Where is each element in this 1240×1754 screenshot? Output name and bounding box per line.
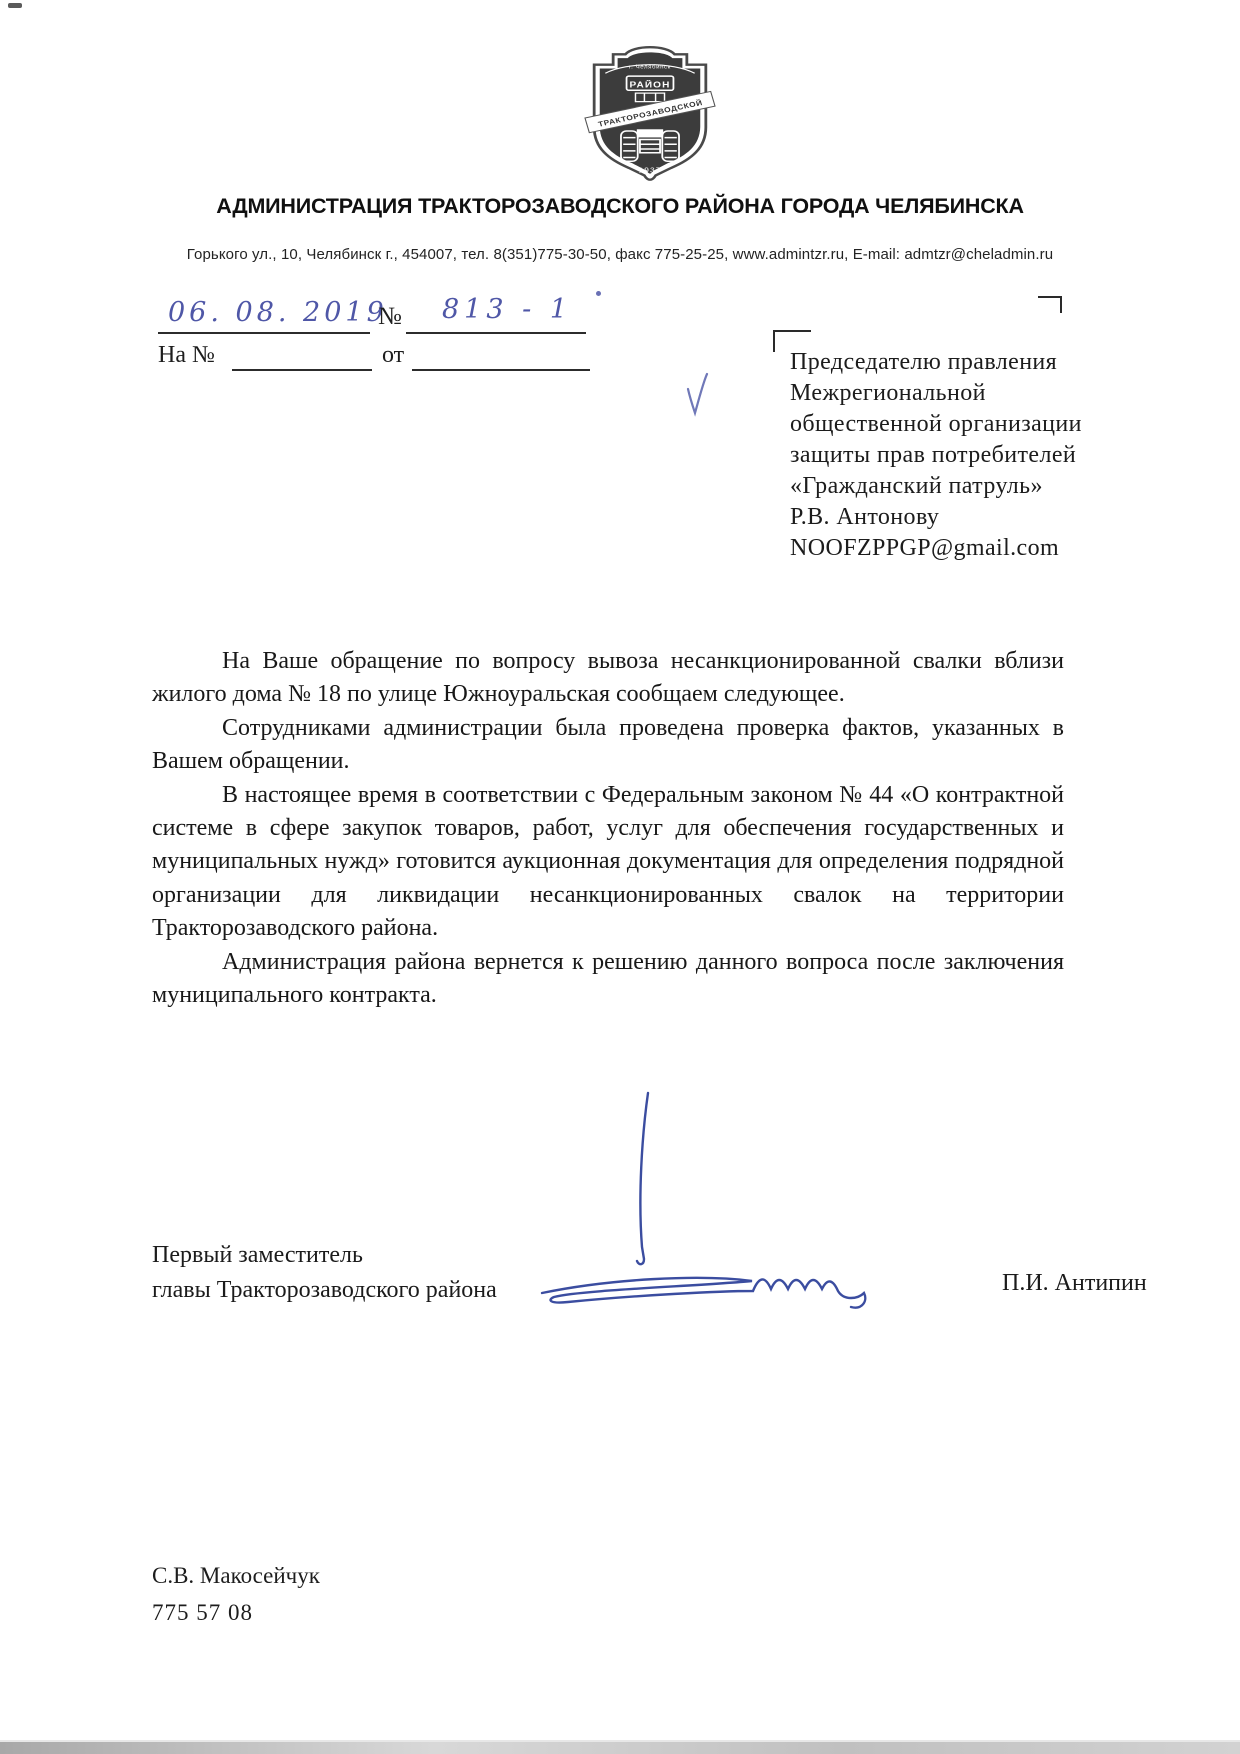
pen-checkmark [685,371,711,424]
district-emblem: г. Челябинск РАЙОН ТРАКТОРОЗАВОДСКОЙ 193… [583,42,717,184]
incoming-number-label: На № [158,342,215,369]
recipient-block: Председателю правления Межрегиональной о… [790,347,1102,564]
letter-page: г. Челябинск РАЙОН ТРАКТОРОЗАВОДСКОЙ 193… [0,0,1240,1754]
letter-body: На Ваше обращение по вопросу вывоза неса… [152,645,1064,1012]
org-title: АДМИНИСТРАЦИЯ ТРАКТОРОЗАВОДСКОГО РАЙОНА … [0,194,1240,219]
outgoing-number-handwritten: 813 - 1 [442,294,572,325]
recipient-line: «Гражданский патруль» [790,471,1102,502]
recipient-email: NOOFZPPGP@gmail.com [790,533,1102,564]
incoming-number-blank-line [232,369,372,371]
body-paragraph-2: Сотрудниками администрации была проведен… [152,712,1064,779]
date-blank-line [158,332,370,334]
signer-position: Первый заместитель главы Тракторозаводск… [152,1238,497,1308]
address-zone-corner-right [1038,296,1062,313]
emblem-year-text: 1937 [638,166,661,174]
scan-speck [8,3,22,8]
signer-name: П.И. Антипин [1002,1270,1147,1297]
recipient-line: защиты прав потребителей [790,440,1102,471]
executor-phone: 775 57 08 [152,1600,253,1626]
scan-edge-strip [0,1740,1240,1754]
pen-dot-artifact [596,291,601,296]
incoming-date-label: от [382,342,404,369]
executor-name: С.В. Макосейчук [152,1563,320,1589]
recipient-line: общественной организации [790,409,1102,440]
recipient-line: Председателю правления [790,347,1102,378]
outgoing-date-handwritten: 06. 08. 2019 [168,297,388,328]
emblem-city-text: г. Челябинск [629,65,671,70]
body-paragraph-3: В настоящее время в соответствии с Федер… [152,779,1064,946]
signer-position-line-2: главы Тракторозаводского района [152,1273,497,1308]
signer-position-line-1: Первый заместитель [152,1238,497,1273]
number-blank-line [406,332,586,334]
district-emblem-icon: г. Челябинск РАЙОН ТРАКТОРОЗАВОДСКОЙ 193… [583,42,717,184]
body-paragraph-1: На Ваше обращение по вопросу вывоза неса… [152,645,1064,712]
recipient-name: Р.В. Антонову [790,502,1102,533]
contact-line: Горького ул., 10, Челябинск г., 454007, … [0,246,1240,263]
number-sign: № [378,303,402,331]
body-paragraph-4: Администрация района вернется к решению … [152,946,1064,1013]
incoming-date-blank-line [412,369,590,371]
recipient-line: Межрегиональной [790,378,1102,409]
emblem-band-text: РАЙОН [630,79,671,89]
handwritten-signature [520,1085,890,1320]
